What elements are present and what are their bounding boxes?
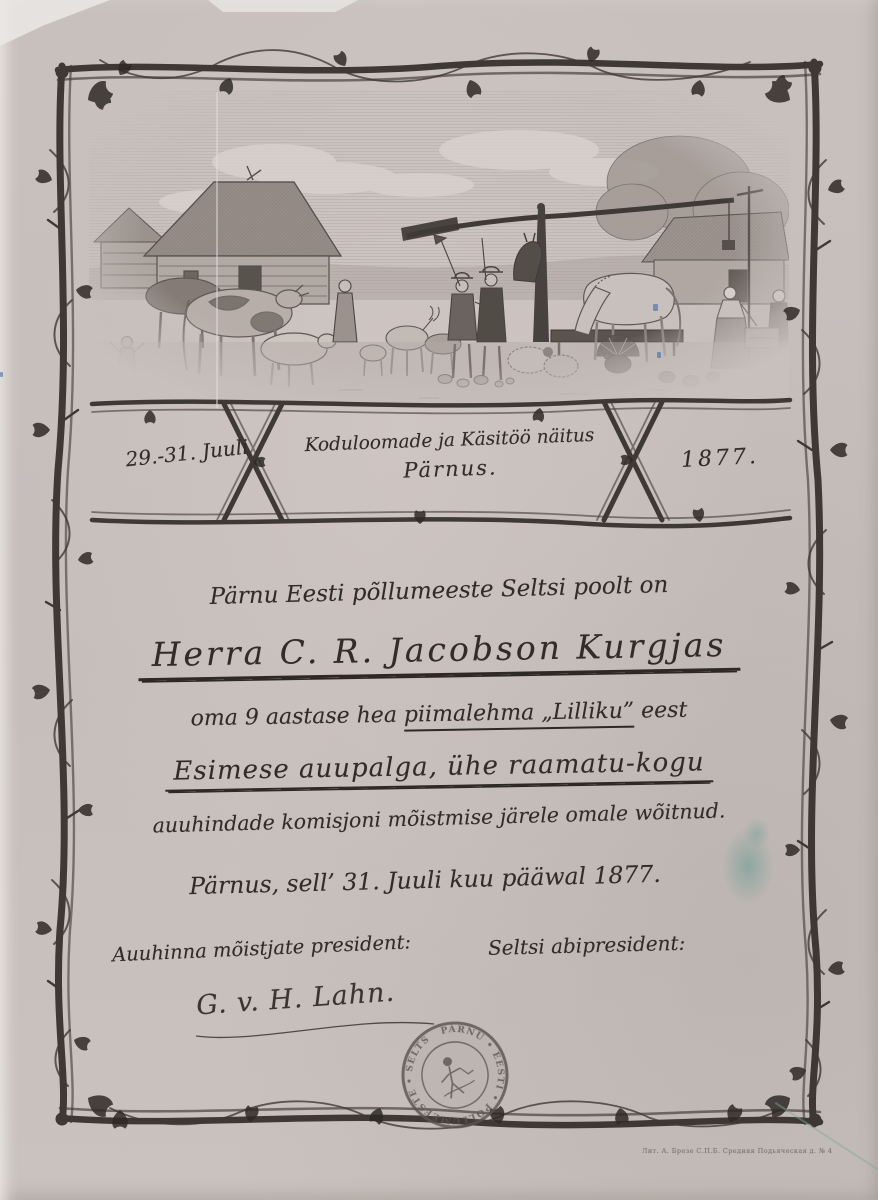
ink-speck	[0, 372, 3, 377]
ink-speck	[657, 352, 661, 358]
ink-speck	[653, 304, 658, 311]
reason-pre: oma 9 aastase hea	[190, 703, 404, 732]
photo-nick-top	[208, 0, 358, 12]
photo-crease	[216, 92, 218, 408]
printer-imprint: Лит. А. Брезе С.П.Б. Средняя Подьяческая…	[642, 1147, 832, 1155]
cow-name-underlined: piimalehma „Lilliku”	[404, 699, 635, 732]
teal-stain-small	[744, 818, 770, 848]
reason-post: eest	[634, 698, 688, 724]
